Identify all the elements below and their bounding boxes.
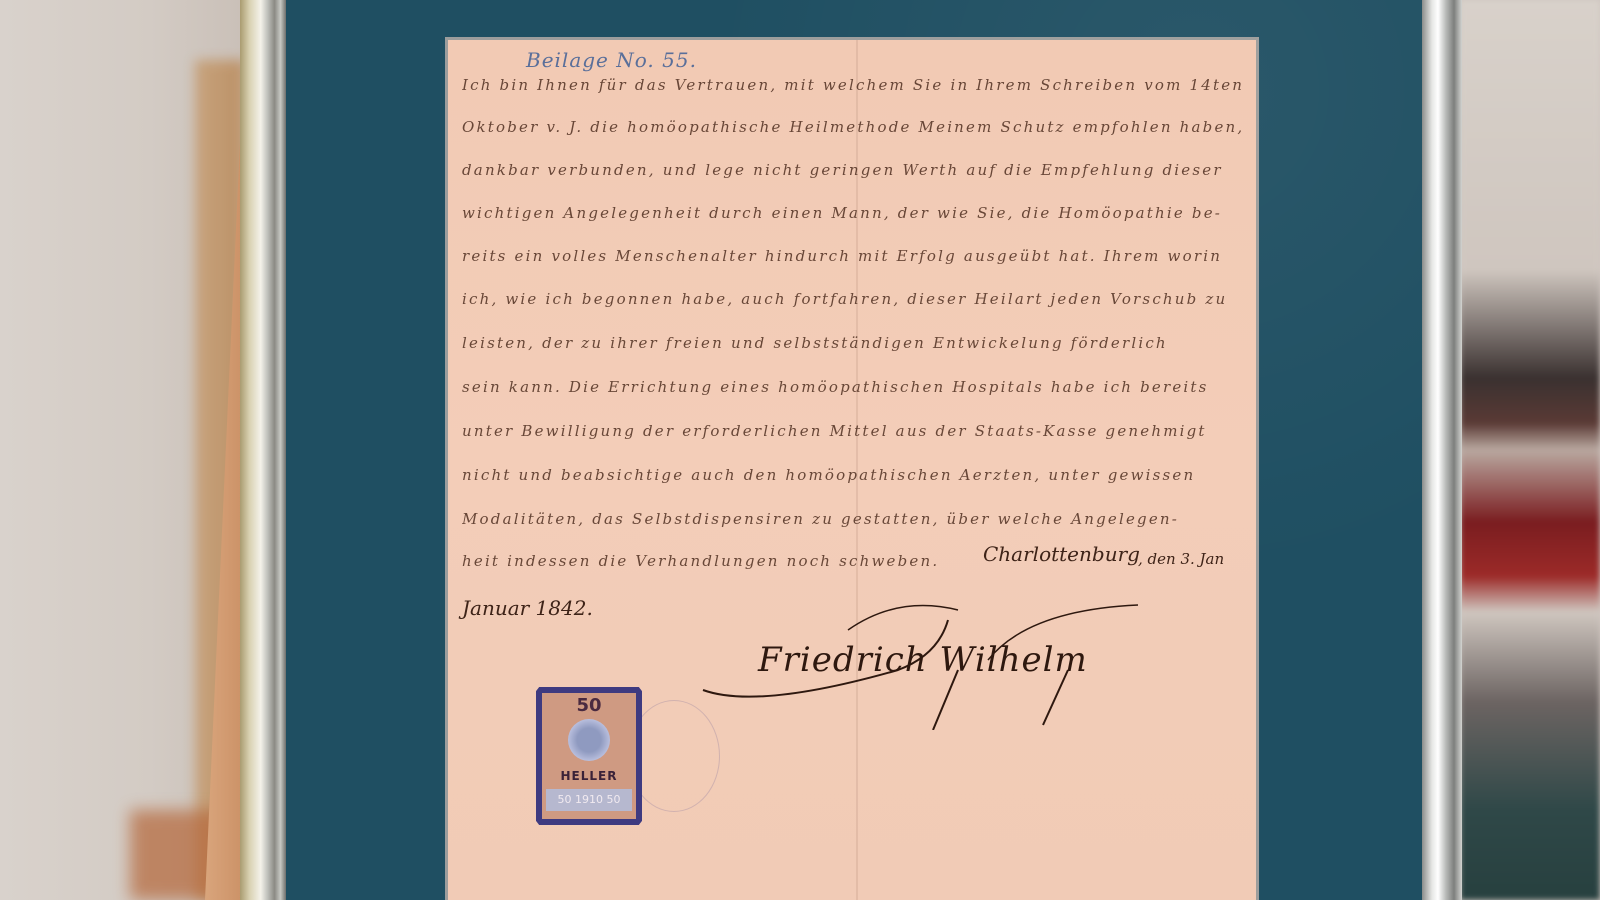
letter-line: Ich bin Ihnen für das Vertrauen, mit wel… [462, 76, 1252, 106]
letter-line: Modalitäten, das Selbstdispensiren zu ge… [462, 510, 1252, 540]
letter-place: Charlottenburg [983, 542, 1140, 566]
letter-line: dankbar verbunden, und lege nicht gering… [462, 161, 1252, 191]
letter-line: unter Bewilligung der erforderlichen Mit… [462, 422, 1252, 452]
letter-line: Oktober v. J. die homöopathische Heilmet… [462, 118, 1252, 148]
frame-left-edge [240, 0, 286, 900]
letter-date: Januar 1842. [462, 596, 593, 620]
letter-line: ich, wie ich begonnen habe, auch fortfah… [462, 290, 1252, 320]
letter-line: reits ein volles Menschenalter hindurch … [462, 247, 1252, 277]
letter-document: Beilage No. 55. Ich bin Ihnen für das Ve… [448, 40, 1256, 900]
stamp-value: 50 [542, 695, 636, 716]
stamp-bottom-text: 50 1910 50 [546, 789, 632, 811]
signature-text: Friedrich Wilhelm [758, 640, 1088, 680]
stamp-label: HELLER [542, 769, 636, 783]
letter-date-suffix: , den 3. Jan [1138, 550, 1224, 568]
revenue-stamp: 50 HELLER 50 1910 50 [536, 687, 642, 825]
archival-annotation: Beilage No. 55. [526, 48, 697, 72]
stamp-face: 50 HELLER 50 1910 50 [542, 693, 636, 819]
letter-line: leisten, der zu ihrer freien und selbsts… [462, 334, 1252, 364]
royal-signature: Friedrich Wilhelm [698, 600, 1168, 730]
stamp-portrait-icon [568, 719, 610, 761]
letter-line: nicht und beabsichtige auch den homöopat… [462, 466, 1252, 496]
letter-line: sein kann. Die Errichtung eines homöopat… [462, 378, 1252, 408]
letter-line: heit indessen die Verhandlungen noch sch… [462, 552, 962, 582]
frame-right-edge [1422, 0, 1462, 900]
letter-line: wichtigen Angelegenheit durch einen Mann… [462, 204, 1252, 234]
background-room-right [1460, 0, 1600, 900]
